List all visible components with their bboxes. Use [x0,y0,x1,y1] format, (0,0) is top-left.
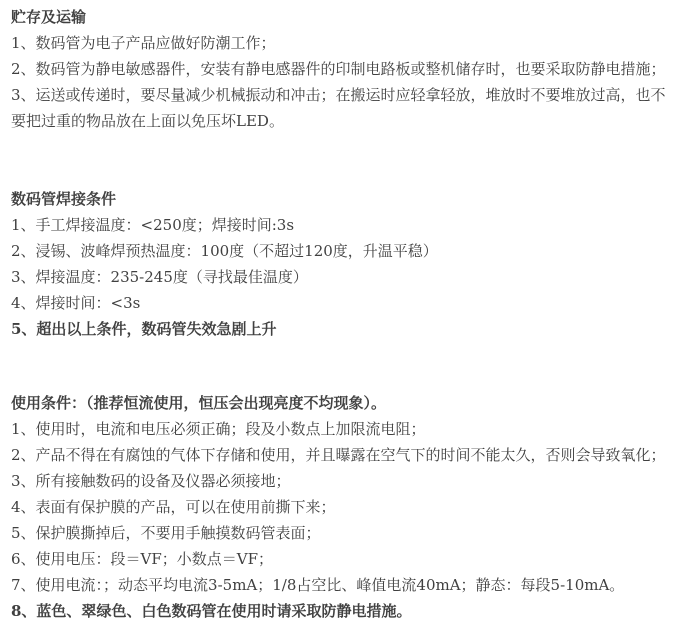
section-soldering-conditions: 数码管焊接条件 1、手工焊接温度：<250度；焊接时间:3s 2、浸锡、波峰焊预… [11,186,667,342]
list-item: 5、保护膜撕掉后，不要用手触摸数码管表面； [11,520,667,546]
section-storage-transport: 贮存及运输 1、数码管为电子产品应做好防潮工作； 2、数码管为静电敏感器件，安装… [11,4,667,134]
section-heading: 数码管焊接条件 [11,186,667,212]
list-item: 4、表面有保护膜的产品，可以在使用前撕下来； [11,494,667,520]
list-item: 2、数码管为静电敏感器件，安装有静电感器件的印制电路板或整机储存时，也要采取防静… [11,56,667,82]
list-item: 3、所有接触数码的设备及仪器必须接地； [11,468,667,494]
list-item: 1、使用时，电流和电压必须正确；段及小数点上加限流电阻； [11,416,667,442]
list-item: 7、使用电流：；动态平均电流3-5mA；1/8占空比、峰值电流40mA；静态：每… [11,572,667,598]
list-item: 6、使用电压：段＝VF；小数点＝VF； [11,546,667,572]
section-heading: 使用条件：（推荐恒流使用，恒压会出现亮度不均现象）。 [11,390,667,416]
list-item-warning: 5、超出以上条件，数码管失效急剧上升 [11,316,667,342]
list-item: 3、运送或传递时，要尽量减少机械振动和冲击；在搬运时应轻拿轻放，堆放时不要堆放过… [11,82,667,134]
list-item-warning: 8、蓝色、翠绿色、白色数码管在使用时请采取防静电措施。 [11,598,667,624]
section-usage-conditions: 使用条件：（推荐恒流使用，恒压会出现亮度不均现象）。 1、使用时，电流和电压必须… [11,390,667,624]
list-item: 3、焊接温度：235-245度（寻找最佳温度） [11,264,667,290]
list-item: 1、手工焊接温度：<250度；焊接时间:3s [11,212,667,238]
list-item: 2、产品不得在有腐蚀的气体下存储和使用，并且曝露在空气下的时间不能太久，否则会导… [11,442,667,468]
list-item: 4、焊接时间：<3s [11,290,667,316]
section-heading: 贮存及运输 [11,4,667,30]
list-item: 2、浸锡、波峰焊预热温度：100度（不超过120度，升温平稳） [11,238,667,264]
document-page: 贮存及运输 1、数码管为电子产品应做好防潮工作； 2、数码管为静电敏感器件，安装… [0,0,673,626]
list-item: 1、数码管为电子产品应做好防潮工作； [11,30,667,56]
